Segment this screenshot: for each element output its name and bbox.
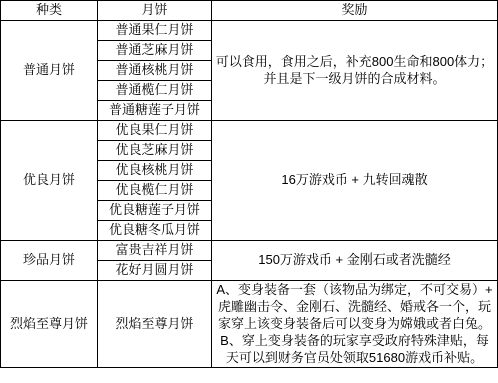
header-reward: 奖励: [212, 1, 498, 21]
mooncake-cell: 普通糖莲子月饼: [98, 101, 212, 121]
table-row: 珍品月饼 富贵吉祥月饼 150万游戏币 + 金刚石或者洗髓经: [1, 241, 498, 261]
table-row: 普通月饼 普通果仁月饼 可以食用，食用之后，补充800生命和800体力；并且是下…: [1, 21, 498, 41]
mooncake-cell: 优良榄仁月饼: [98, 181, 212, 201]
mooncake-reward-table: 种类 月饼 奖励 普通月饼 普通果仁月饼 可以食用，食用之后，补充800生命和8…: [0, 0, 498, 368]
mooncake-cell: 普通芝麻月饼: [98, 41, 212, 61]
mooncake-cell: 优良果仁月饼: [98, 121, 212, 141]
reward-cell-common: 可以食用，食用之后，补充800生命和800体力；并且是下一级月饼的合成材料。: [212, 21, 498, 121]
reward-cell-fine: 16万游戏币 + 九转回魂散: [212, 121, 498, 241]
reward-line-a: A、变身装备一套（该物品为绑定，不可交易）+ 虎雕幽击令、金刚石、洗髓经、婚戒各…: [215, 282, 494, 333]
mooncake-cell: 普通果仁月饼: [98, 21, 212, 41]
reward-cell-supreme: A、变身装备一套（该物品为绑定，不可交易）+ 虎雕幽击令、金刚石、洗髓经、婚戒各…: [212, 281, 498, 368]
table-row: 优良月饼 优良果仁月饼 16万游戏币 + 九转回魂散: [1, 121, 498, 141]
mooncake-cell: 普通核桃月饼: [98, 61, 212, 81]
mooncake-cell: 优良核桃月饼: [98, 161, 212, 181]
table-header-row: 种类 月饼 奖励: [1, 1, 498, 21]
category-cell-supreme: 烈焰至尊月饼: [1, 281, 98, 368]
category-cell-fine: 优良月饼: [1, 121, 98, 241]
header-category: 种类: [1, 1, 98, 21]
mooncake-cell: 烈焰至尊月饼: [98, 281, 212, 368]
mooncake-cell: 普通榄仁月饼: [98, 81, 212, 101]
reward-line-b: B、穿上变身装备的玩家享受政府特殊津贴，每天可以到财务官员处领取51680游戏币…: [215, 333, 494, 367]
mooncake-cell: 花好月圆月饼: [98, 261, 212, 281]
reward-cell-rare: 150万游戏币 + 金刚石或者洗髓经: [212, 241, 498, 281]
category-cell-common: 普通月饼: [1, 21, 98, 121]
header-mooncake: 月饼: [98, 1, 212, 21]
mooncake-cell: 富贵吉祥月饼: [98, 241, 212, 261]
category-cell-rare: 珍品月饼: [1, 241, 98, 281]
table-row: 烈焰至尊月饼 烈焰至尊月饼 A、变身装备一套（该物品为绑定，不可交易）+ 虎雕幽…: [1, 281, 498, 368]
mooncake-cell: 优良芝麻月饼: [98, 141, 212, 161]
document-page: 种类 月饼 奖励 普通月饼 普通果仁月饼 可以食用，食用之后，补充800生命和8…: [0, 0, 498, 383]
mooncake-cell: 优良糖莲子月饼: [98, 201, 212, 221]
mooncake-cell: 优良糖冬瓜月饼: [98, 221, 212, 241]
